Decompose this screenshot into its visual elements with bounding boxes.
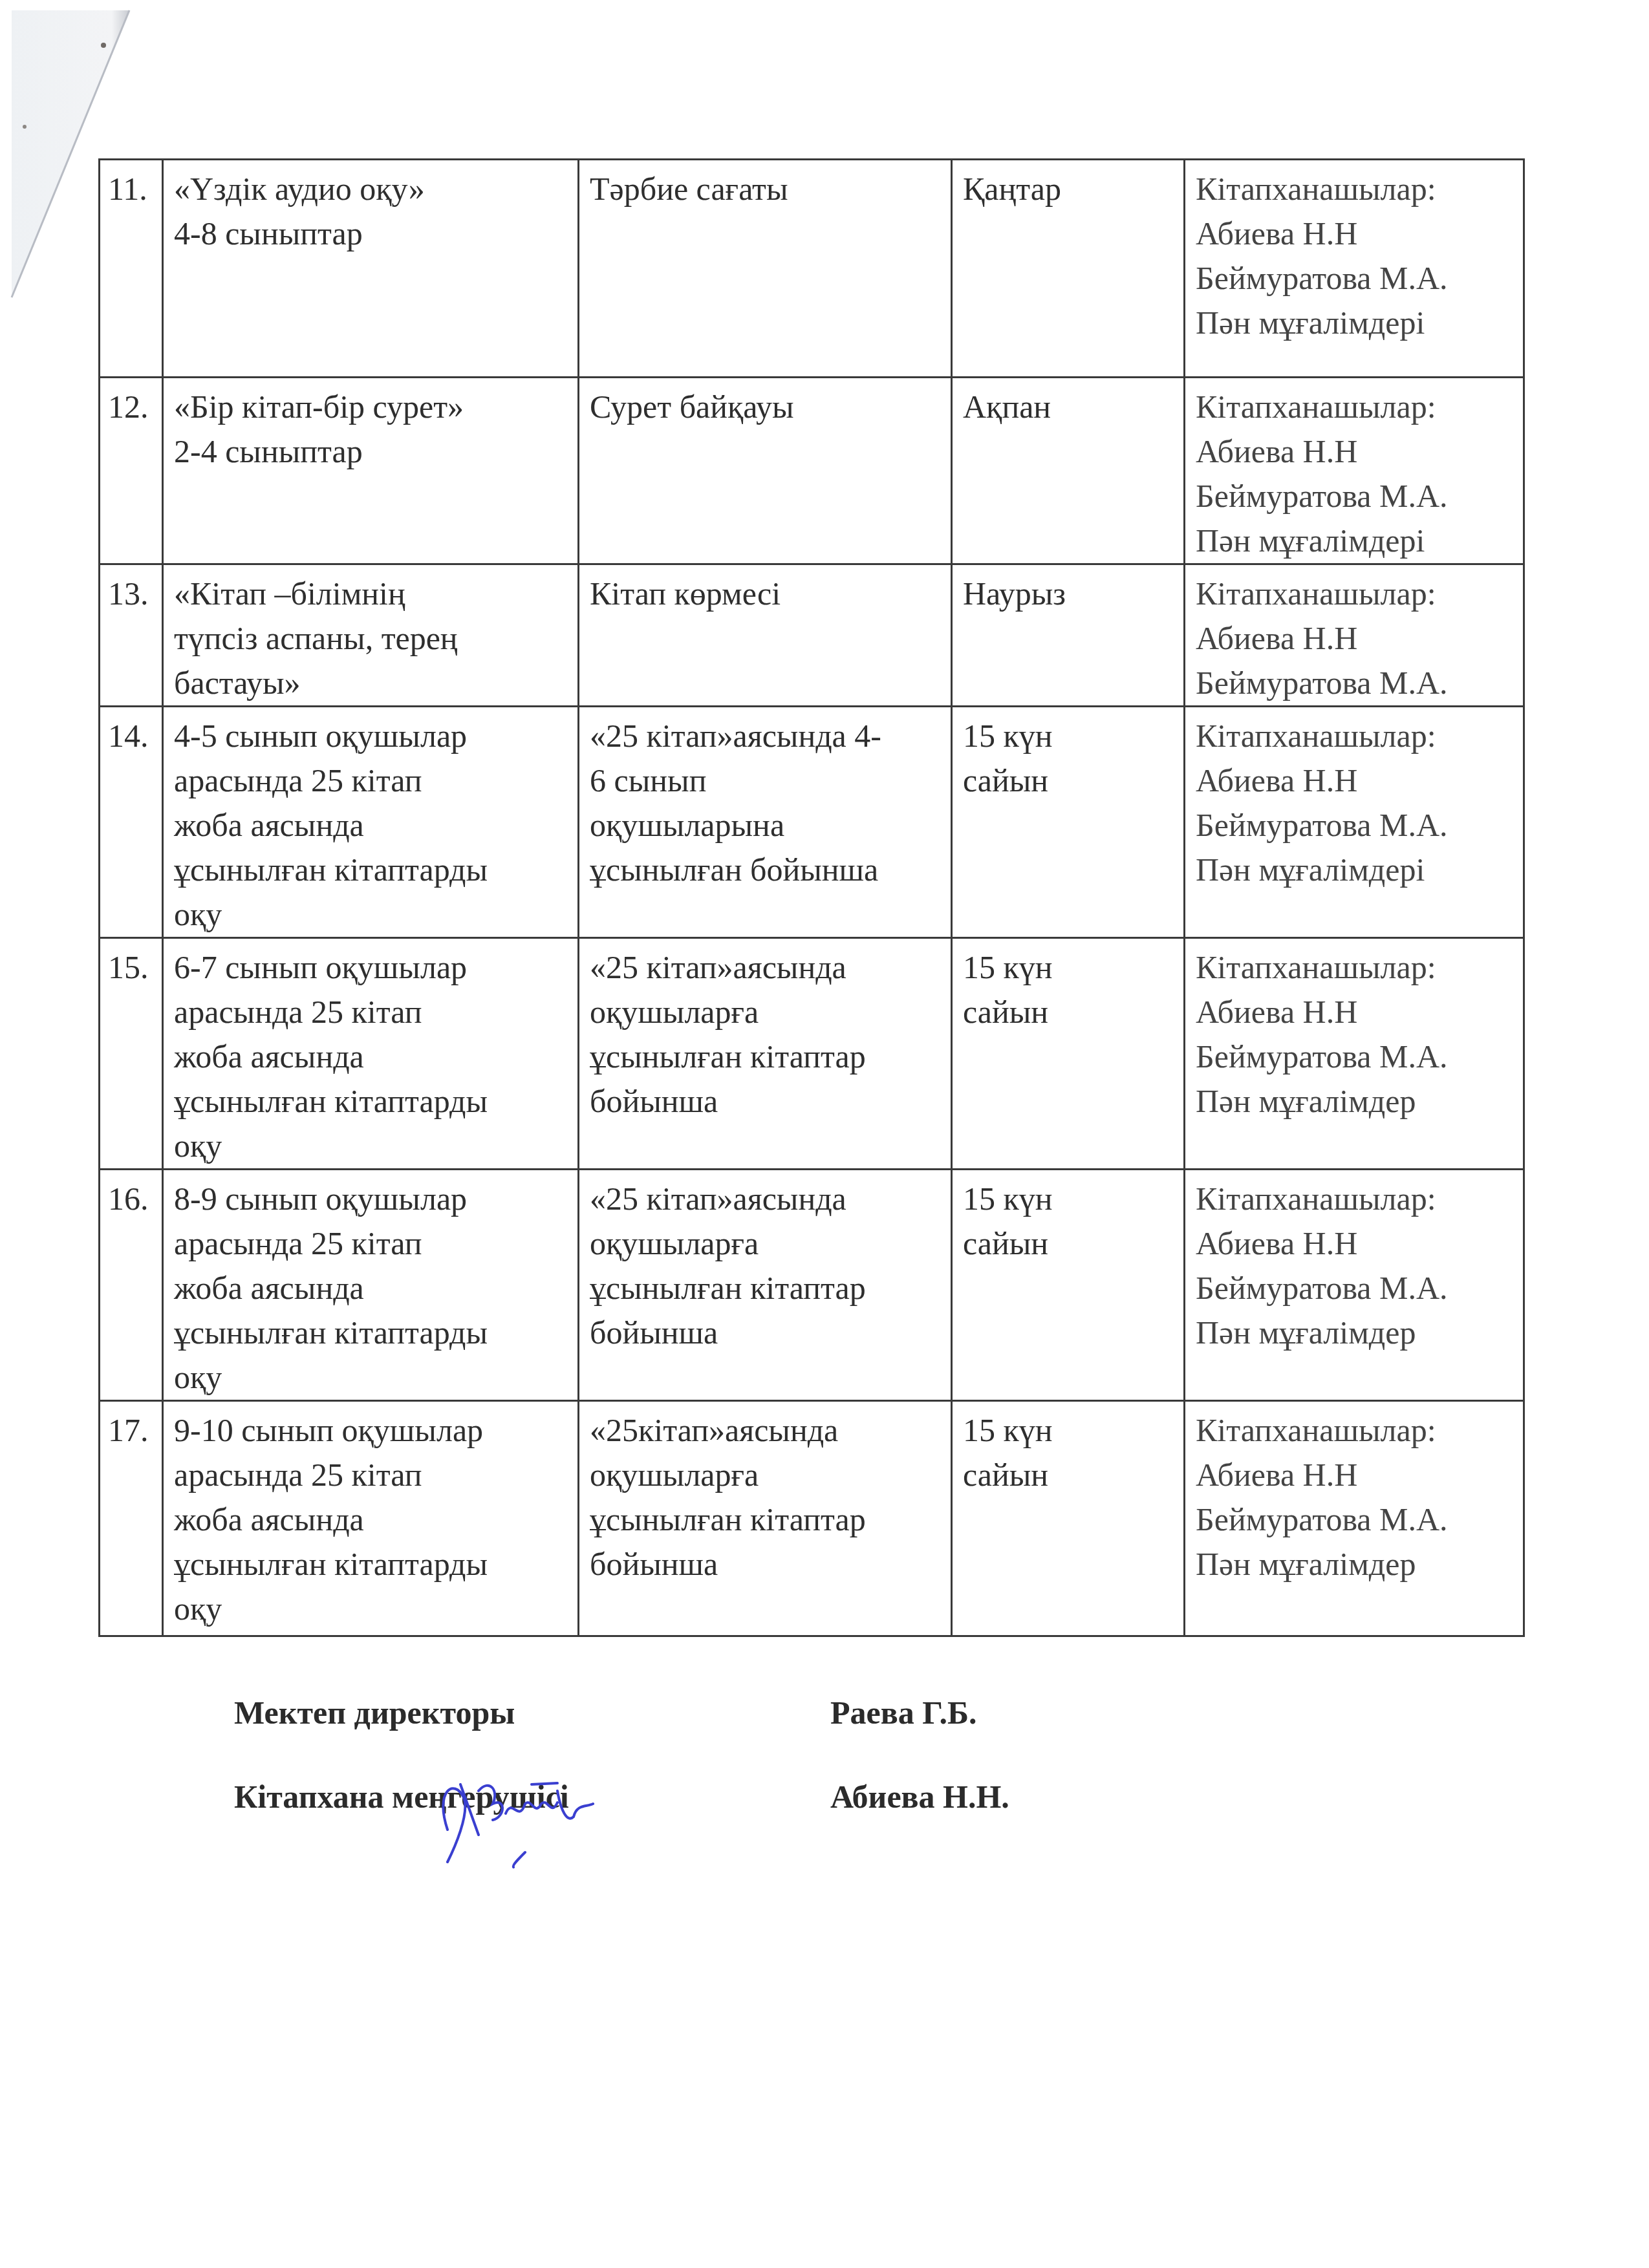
cell-text-line: Кітапханашылар: <box>1196 167 1511 211</box>
cell-text-line: Пән мұғалімдер <box>1196 1311 1511 1355</box>
cell-text-line: Кітапханашылар: <box>1196 1177 1511 1221</box>
cell-text-line: оқушыларына <box>590 803 939 848</box>
director-signature-row: Мектеп директоры Раева Г.Б. <box>234 1694 1139 1771</box>
cell-text-line: арасында 25 кітап <box>174 1221 566 1266</box>
cell-text-line: 15 күн <box>963 1408 1172 1453</box>
cell-text-line: Беймуратова М.А. <box>1196 803 1511 848</box>
responsible-persons-cell: Кітапханашылар:Абиева Н.НБеймуратова М.А… <box>1185 564 1524 707</box>
row-number-cell: 11. <box>100 160 163 378</box>
cell-text-line: «25 кітап»аясында <box>590 1177 939 1221</box>
cell-text-line: Абиева Н.Н <box>1196 616 1511 661</box>
cell-text-line: 6-7 сынып оқушылар <box>174 945 566 990</box>
director-role: Мектеп директоры <box>234 1694 515 1731</box>
cell-text-line: сайын <box>963 1453 1172 1497</box>
table-row: 17.9-10 сынып оқушыларарасында 25 кітапж… <box>100 1401 1524 1636</box>
cell-text-line: 8-9 сынып оқушылар <box>174 1177 566 1221</box>
cell-text-line: Кітапханашылар: <box>1196 1408 1511 1453</box>
cell-text-line: «25кітап»аясында <box>590 1408 939 1453</box>
cell-text-line: Пән мұғалімдері <box>1196 301 1511 345</box>
event-form-cell: «25 кітап»аясындаоқушыларғаұсынылған кіт… <box>579 938 952 1170</box>
table-body: 11.«Үздік аудио оқу»4-8 сыныптарТәрбие с… <box>100 160 1524 1636</box>
event-form-cell: Сурет байқауы <box>579 378 952 564</box>
event-title-cell: «Бір кітап-бір сурет»2-4 сыныптар <box>163 378 579 564</box>
cell-text-line: Абиева Н.Н <box>1196 758 1511 803</box>
table-row: 16.8-9 сынып оқушыларарасында 25 кітапжо… <box>100 1170 1524 1401</box>
row-number-cell: 16. <box>100 1170 163 1401</box>
row-number-cell: 12. <box>100 378 163 564</box>
cell-text-line: арасында 25 кітап <box>174 1453 566 1497</box>
cell-text-line: Беймуратова М.А. <box>1196 1266 1511 1311</box>
cell-text-line: Беймуратова М.А. <box>1196 1034 1511 1079</box>
cell-text-line: Абиева Н.Н <box>1196 211 1511 256</box>
row-number-cell: 14. <box>100 707 163 938</box>
event-date-cell: 15 күнсайын <box>952 938 1185 1170</box>
handwritten-signature-icon <box>428 1752 596 1868</box>
table-row: 13.«Кітап –білімніңтүпсіз аспаны, тереңб… <box>100 564 1524 707</box>
cell-text-line: оқушыларға <box>590 1453 939 1497</box>
table-row: 14.4-5 сынып оқушыларарасында 25 кітапжо… <box>100 707 1524 938</box>
event-title-cell: 6-7 сынып оқушыларарасында 25 кітапжоба … <box>163 938 579 1170</box>
cell-text-line: Абиева Н.Н <box>1196 990 1511 1034</box>
event-form-cell: Тәрбие сағаты <box>579 160 952 378</box>
event-date-cell: 15 күнсайын <box>952 707 1185 938</box>
cell-text-line: жоба аясында <box>174 1034 566 1079</box>
responsible-persons-cell: Кітапханашылар:Абиева Н.НБеймуратова М.А… <box>1185 1170 1524 1401</box>
cell-text-line: ұсынылған кітаптар <box>590 1266 939 1311</box>
table-row: 15.6-7 сынып оқушыларарасында 25 кітапжо… <box>100 938 1524 1170</box>
cell-text-line: ұсынылған кітаптар <box>590 1034 939 1079</box>
cell-text-line: бойынша <box>590 1311 939 1355</box>
event-title-cell: 8-9 сынып оқушыларарасында 25 кітапжоба … <box>163 1170 579 1401</box>
cell-text-line: Абиева Н.Н <box>1196 1221 1511 1266</box>
event-plan-table: 11.«Үздік аудио оқу»4-8 сыныптарТәрбие с… <box>98 158 1525 1637</box>
cell-text-line: оқу <box>174 1124 566 1168</box>
cell-text-line: Кітапханашылар: <box>1196 945 1511 990</box>
event-form-cell: Кітап көрмесі <box>579 564 952 707</box>
cell-text-line: ұсынылған кітаптарды <box>174 1079 566 1124</box>
cell-text-line: «Кітап –білімнің <box>174 572 566 616</box>
responsible-persons-cell: Кітапханашылар:Абиева Н.НБеймуратова М.А… <box>1185 938 1524 1170</box>
cell-text-line: оқу <box>174 1587 566 1631</box>
row-number-cell: 13. <box>100 564 163 707</box>
cell-text-line: Кітапханашылар: <box>1196 572 1511 616</box>
director-name: Раева Г.Б. <box>830 1694 976 1731</box>
table-row: 12.«Бір кітап-бір сурет»2-4 сыныптарСуре… <box>100 378 1524 564</box>
event-form-cell: «25кітап»аясындаоқушыларғаұсынылған кіта… <box>579 1401 952 1636</box>
cell-text-line: оқушыларға <box>590 1221 939 1266</box>
event-title-cell: 4-5 сынып оқушыларарасында 25 кітапжоба … <box>163 707 579 938</box>
cell-text-line: 4-8 сыныптар <box>174 211 566 256</box>
cell-text-line: Кітапханашылар: <box>1196 385 1511 429</box>
cell-text-line: ұсынылған кітаптар <box>590 1497 939 1542</box>
cell-text-line: Пән мұғалімдері <box>1196 848 1511 892</box>
cell-text-line: оқу <box>174 1355 566 1400</box>
event-title-cell: «Кітап –білімніңтүпсіз аспаны, тереңбаст… <box>163 564 579 707</box>
signature-block: Мектеп директоры Раева Г.Б. Кітапхана ме… <box>234 1694 1139 1856</box>
cell-text-line: арасында 25 кітап <box>174 758 566 803</box>
event-date-cell: Ақпан <box>952 378 1185 564</box>
cell-text-line: жоба аясында <box>174 1266 566 1311</box>
cell-text-line: бастауы» <box>174 661 566 705</box>
cell-text-line: бойынша <box>590 1079 939 1124</box>
cell-text-line: Кітапханашылар: <box>1196 714 1511 758</box>
cell-text-line: 4-5 сынып оқушылар <box>174 714 566 758</box>
cell-text-line: сайын <box>963 1221 1172 1266</box>
cell-text-line: 15 күн <box>963 945 1172 990</box>
cell-text-line: «25 кітап»аясында <box>590 945 939 990</box>
table-row: 11.«Үздік аудио оқу»4-8 сыныптарТәрбие с… <box>100 160 1524 378</box>
cell-text-line: Беймуратова М.А. <box>1196 661 1511 705</box>
row-number-cell: 17. <box>100 1401 163 1636</box>
cell-text-line: Наурыз <box>963 572 1172 616</box>
cell-text-line: Беймуратова М.А. <box>1196 256 1511 301</box>
event-date-cell: 15 күнсайын <box>952 1401 1185 1636</box>
cell-text-line: «Бір кітап-бір сурет» <box>174 385 566 429</box>
cell-text-line: Ақпан <box>963 385 1172 429</box>
cell-text-line: ұсынылған кітаптарды <box>174 848 566 892</box>
cell-text-line: 15 күн <box>963 1177 1172 1221</box>
cell-text-line: Беймуратова М.А. <box>1196 474 1511 519</box>
cell-text-line: 9-10 сынып оқушылар <box>174 1408 566 1453</box>
responsible-persons-cell: Кітапханашылар:Абиева Н.НБеймуратова М.А… <box>1185 378 1524 564</box>
cell-text-line: Пән мұғалімдер <box>1196 1079 1511 1124</box>
cell-text-line: 2-4 сыныптар <box>174 429 566 474</box>
cell-text-line: Қаңтар <box>963 167 1172 211</box>
cell-text-line: Тәрбие сағаты <box>590 167 939 211</box>
row-number-cell: 15. <box>100 938 163 1170</box>
librarian-signature-row: Кітапхана меңгерушісі Абиева Н.Н. <box>234 1778 1139 1856</box>
event-form-cell: «25 кітап»аясындаоқушыларғаұсынылған кіт… <box>579 1170 952 1401</box>
cell-text-line: бойынша <box>590 1542 939 1587</box>
cell-text-line: арасында 25 кітап <box>174 990 566 1034</box>
responsible-persons-cell: Кітапханашылар:Абиева Н.НБеймуратова М.А… <box>1185 707 1524 938</box>
cell-text-line: сайын <box>963 990 1172 1034</box>
event-date-cell: Қаңтар <box>952 160 1185 378</box>
cell-text-line: ұсынылған кітаптарды <box>174 1311 566 1355</box>
responsible-persons-cell: Кітапханашылар:Абиева Н.НБеймуратова М.А… <box>1185 1401 1524 1636</box>
event-title-cell: «Үздік аудио оқу»4-8 сыныптар <box>163 160 579 378</box>
cell-text-line: Абиева Н.Н <box>1196 1453 1511 1497</box>
cell-text-line: жоба аясында <box>174 803 566 848</box>
cell-text-line: «Үздік аудио оқу» <box>174 167 566 211</box>
cell-text-line: Кітап көрмесі <box>590 572 939 616</box>
event-form-cell: «25 кітап»аясында 4-6 сыныпоқушыларынаұс… <box>579 707 952 938</box>
cell-text-line: оқушыларға <box>590 990 939 1034</box>
cell-text-line: оқу <box>174 892 566 937</box>
responsible-persons-cell: Кітапханашылар:Абиева Н.НБеймуратова М.А… <box>1185 160 1524 378</box>
cell-text-line: Беймуратова М.А. <box>1196 1497 1511 1542</box>
cell-text-line: Сурет байқауы <box>590 385 939 429</box>
cell-text-line: ұсынылған бойынша <box>590 848 939 892</box>
cell-text-line: Абиева Н.Н <box>1196 429 1511 474</box>
event-date-cell: 15 күнсайын <box>952 1170 1185 1401</box>
cell-text-line: «25 кітап»аясында 4- <box>590 714 939 758</box>
cell-text-line: Пән мұғалімдері <box>1196 519 1511 563</box>
cell-text-line: Пән мұғалімдер <box>1196 1542 1511 1587</box>
cell-text-line: ұсынылған кітаптарды <box>174 1542 566 1587</box>
cell-text-line: 15 күн <box>963 714 1172 758</box>
cell-text-line: сайын <box>963 758 1172 803</box>
event-title-cell: 9-10 сынып оқушыларарасында 25 кітапжоба… <box>163 1401 579 1636</box>
cell-text-line: түпсіз аспаны, терең <box>174 616 566 661</box>
cell-text-line: 6 сынып <box>590 758 939 803</box>
event-date-cell: Наурыз <box>952 564 1185 707</box>
cell-text-line: жоба аясында <box>174 1497 566 1542</box>
librarian-name: Абиева Н.Н. <box>830 1778 1009 1815</box>
